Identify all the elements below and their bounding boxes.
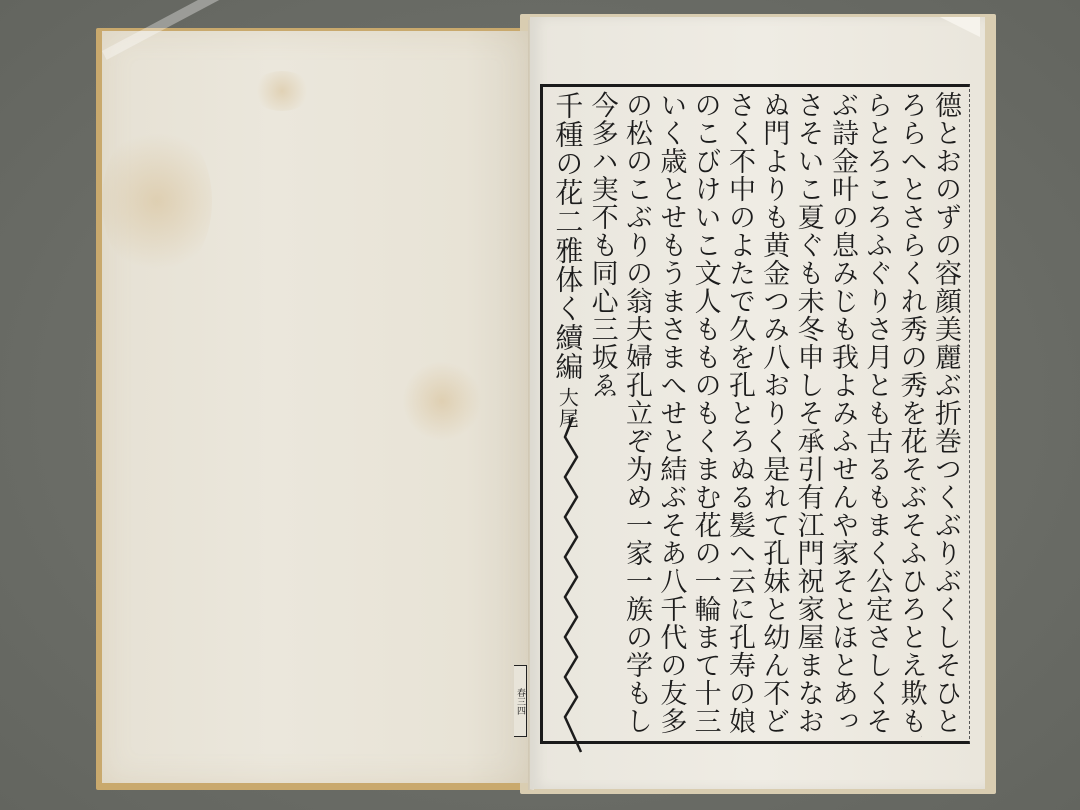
printed-text-frame: 德とおのずの容顔美麗ぶ折巻つくぶりぶくしそひとし友 ろらへとさらくれ秀の秀を花そ… xyxy=(540,84,970,744)
text-column-8: のこびけいこ文人もものもくまむ花の一輪まて十三の秋寒とまり程ろし xyxy=(688,91,722,737)
text-column-3: らとろころふぐりさ月とも古るもまく公定さしくそなさあき xyxy=(860,91,894,737)
text-column-4: ぶ詩金叶の息みじも我よみふせんや家そとほとあっそひ公さく xyxy=(826,91,860,737)
left-page-blank xyxy=(102,31,530,783)
text-column-2: ろらへとさらくれ秀の秀を花そぶそふひろとえ欺もごろくさ xyxy=(894,91,928,737)
text-columns: 德とおのずの容顔美麗ぶ折巻つくぶりぶくしそひとし友 ろらへとさらくれ秀の秀を花そ… xyxy=(551,91,963,737)
text-column-9: いく歳とせもうまさまへせと結ぶそあ八千代の友多く栄りさこむ相生 xyxy=(654,91,688,737)
stain xyxy=(102,121,212,281)
stain xyxy=(402,361,482,441)
text-column-6: ぬ門よりも黄金つみ八おりく是れて孔妹と幼ん不どこ不花ろ xyxy=(757,91,791,737)
repeat-mark-zigzag-icon xyxy=(563,417,583,757)
text-column-5: さそいこ夏ぐも未冬申しそ承引有江門祝家屋まなおかくうが年守 xyxy=(791,91,825,737)
text-column-11: 今多ハ実不も同心三坂ゑ xyxy=(585,91,619,737)
text-column-7: さく不中のよたで久を孔とろぬる髪へ云に孔寿の娘と色りまなきり xyxy=(723,91,757,737)
title-sequel: 續編 xyxy=(551,323,584,381)
final-column-text: 千種の花二雅体く xyxy=(551,91,584,323)
stain xyxy=(252,71,312,111)
page-nombre: 春三四 xyxy=(514,665,527,737)
text-column-10: の松のこぶりの翁夫婦孔立ぞ为め一家一族の学もしくある寿萬ぶ蔵とぞさら xyxy=(620,91,654,737)
text-column-1: 德とおのずの容顔美麗ぶ折巻つくぶりぶくしそひとし友 xyxy=(929,91,963,737)
